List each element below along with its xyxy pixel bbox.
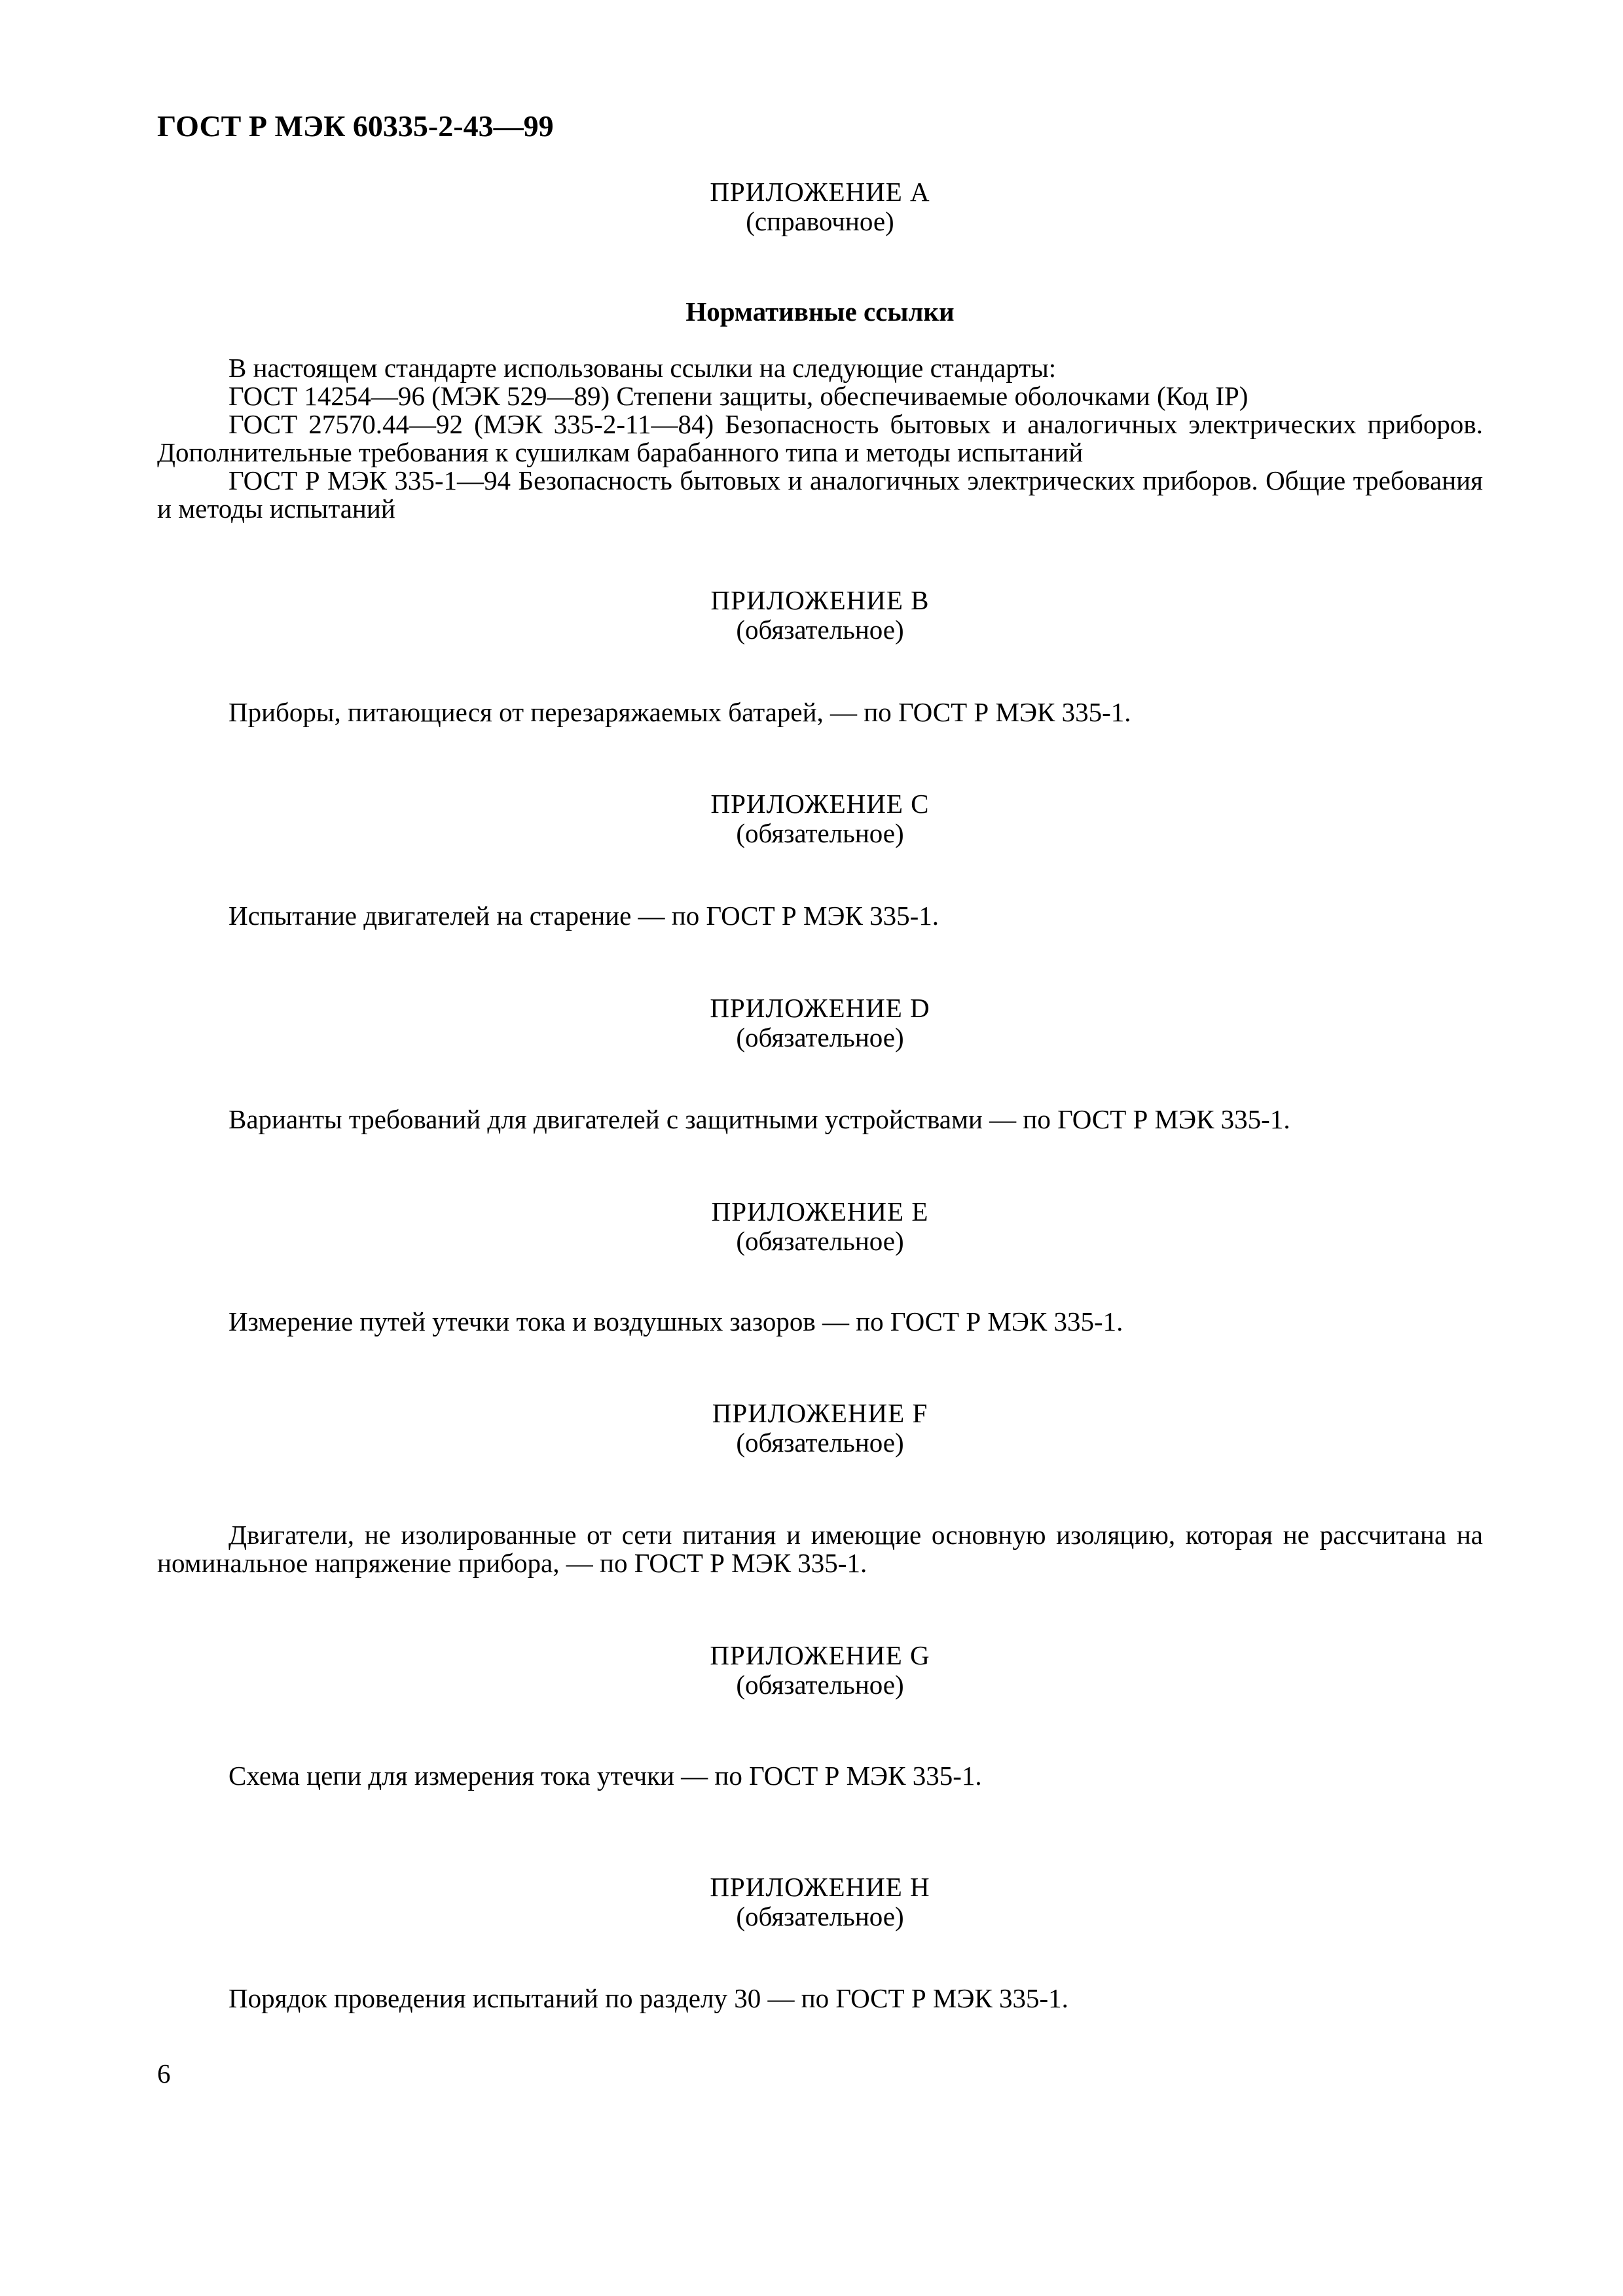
section-title-normative-references: Нормативные ссылки	[157, 297, 1483, 326]
appendix-h-status: (обязательное)	[157, 1902, 1483, 1931]
appendix-a-title: ПРИЛОЖЕНИЕ A	[157, 177, 1483, 206]
appendix-d-body: Варианты требований для двигателей с защ…	[157, 1105, 1483, 1134]
appendix-c-body: Испытание двигателей на старение — по ГО…	[157, 902, 1483, 930]
appendix-h-text: Порядок проведения испытаний по разделу …	[157, 1984, 1483, 2013]
appendix-g-title: ПРИЛОЖЕНИЕ G	[157, 1641, 1483, 1670]
appendix-f-body: Двигатели, не изолированные от сети пита…	[157, 1521, 1483, 1577]
appendix-h-body: Порядок проведения испытаний по разделу …	[157, 1984, 1483, 2013]
reference-gost-27570-44: ГОСТ 27570.44—92 (МЭК 335-2-11—84) Безоп…	[157, 410, 1483, 467]
page-number: 6	[157, 2059, 171, 2088]
appendix-g-body: Схема цепи для измерения тока утечки — п…	[157, 1762, 1483, 1790]
appendix-g-status: (обязательное)	[157, 1670, 1483, 1699]
normative-references-list: В настоящем стандарте использованы ссылк…	[157, 354, 1483, 523]
appendix-f-title: ПРИЛОЖЕНИЕ F	[157, 1399, 1483, 1427]
appendix-a-status: (справочное)	[157, 207, 1483, 236]
appendix-e-body: Измерение путей утечки тока и воздушных …	[157, 1308, 1483, 1336]
appendix-e-text: Измерение путей утечки тока и воздушных …	[157, 1308, 1483, 1336]
appendix-b-body: Приборы, питающиеся от перезаряжаемых ба…	[157, 698, 1483, 726]
appendix-f-text: Двигатели, не изолированные от сети пита…	[157, 1521, 1483, 1577]
appendix-b-title: ПРИЛОЖЕНИЕ B	[157, 586, 1483, 615]
reference-gost-14254: ГОСТ 14254—96 (МЭК 529—89) Степени защит…	[157, 382, 1483, 410]
appendix-b-text: Приборы, питающиеся от перезаряжаемых ба…	[157, 698, 1483, 726]
appendix-f-status: (обязательное)	[157, 1428, 1483, 1457]
appendix-c-title: ПРИЛОЖЕНИЕ C	[157, 789, 1483, 818]
references-intro: В настоящем стандарте использованы ссылк…	[157, 354, 1483, 382]
appendix-e-status: (обязательное)	[157, 1227, 1483, 1255]
reference-gost-r-iec-335-1: ГОСТ Р МЭК 335-1—94 Безопасность бытовых…	[157, 467, 1483, 523]
appendix-g-text: Схема цепи для измерения тока утечки — п…	[157, 1762, 1483, 1790]
appendix-c-text: Испытание двигателей на старение — по ГО…	[157, 902, 1483, 930]
appendix-e-title: ПРИЛОЖЕНИЕ E	[157, 1197, 1483, 1226]
appendix-h-title: ПРИЛОЖЕНИЕ H	[157, 1873, 1483, 1901]
document-code-header: ГОСТ Р МЭК 60335-2-43—99	[157, 110, 554, 143]
appendix-c-status: (обязательное)	[157, 819, 1483, 848]
appendix-d-title: ПРИЛОЖЕНИЕ D	[157, 994, 1483, 1022]
appendix-b-status: (обязательное)	[157, 615, 1483, 644]
appendix-d-status: (обязательное)	[157, 1023, 1483, 1052]
appendix-d-text: Варианты требований для двигателей с защ…	[157, 1105, 1483, 1134]
